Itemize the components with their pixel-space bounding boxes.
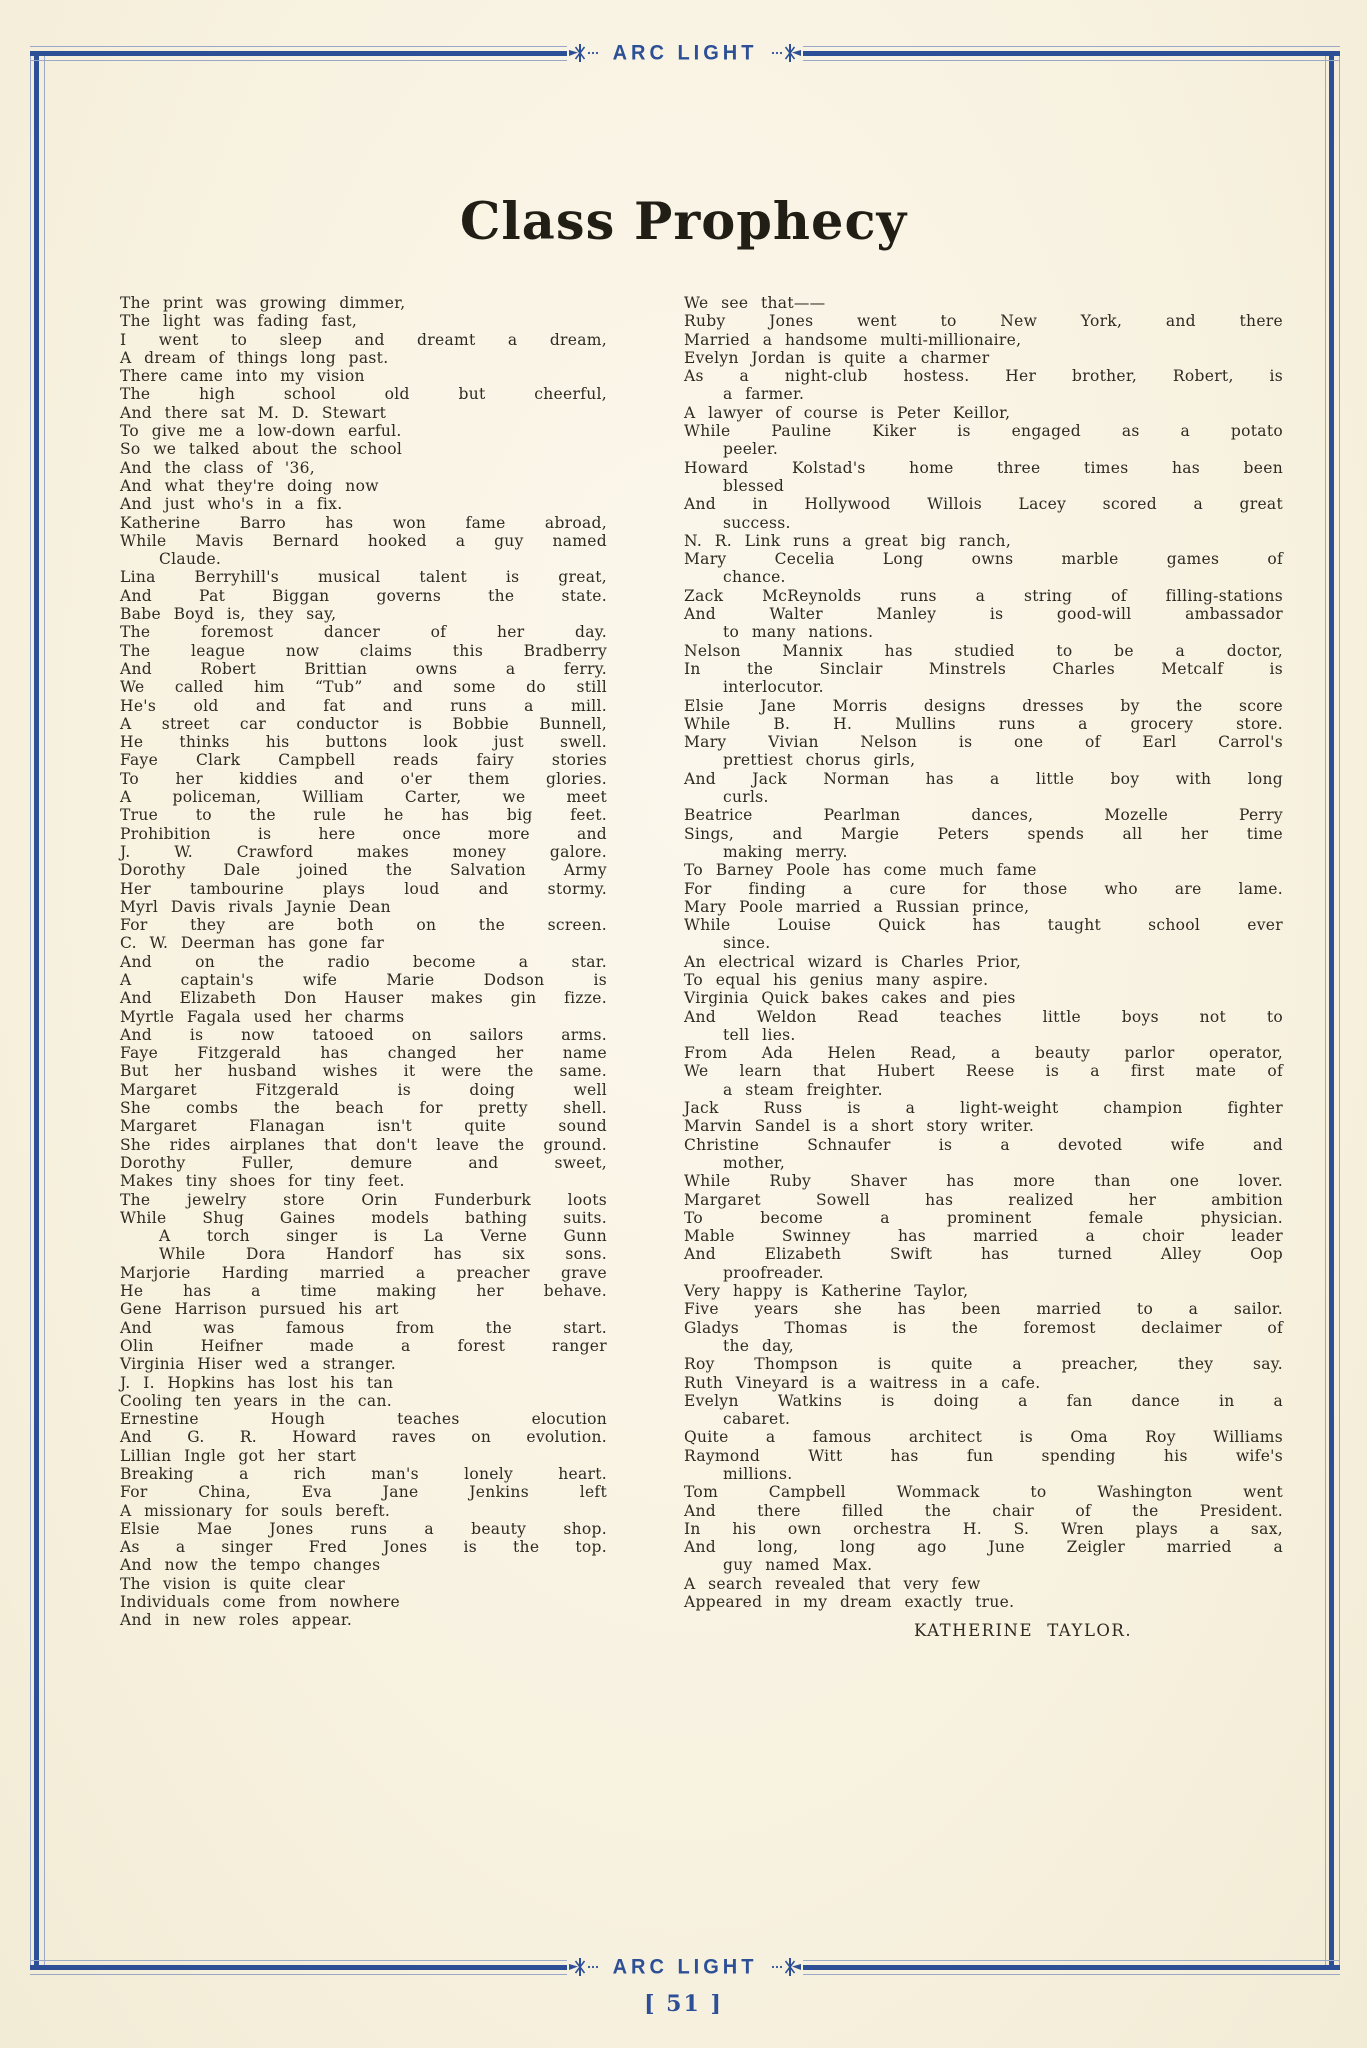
- poem-line: For China, Eva Jane Jenkins left: [120, 1483, 607, 1501]
- poem-line: Claude.: [120, 550, 607, 568]
- rule-ornament-icon: [771, 1956, 801, 1978]
- poem-line: a steam freighter.: [684, 1081, 1283, 1099]
- poem-line: A dream of things long past.: [120, 349, 607, 367]
- poem-body: The print was growing dimmer,The light w…: [120, 294, 1283, 1641]
- poem-line: As a night-club hostess. Her brother, Ro…: [684, 367, 1283, 385]
- poem-line: A street car conductor is Bobbie Bunnell…: [120, 715, 607, 733]
- poem-line: She combs the beach for pretty shell.: [120, 1099, 607, 1117]
- poem-line: Zack McReynolds runs a string of filling…: [684, 587, 1283, 605]
- yearbook-page: { "masthead": { "title": "ARC LIGHT" }, …: [0, 0, 1367, 2048]
- poem-line: To equal his genius many aspire.: [684, 971, 1283, 989]
- masthead-rule-left: [30, 46, 567, 61]
- poem-line: Margaret Sowell has realized her ambitio…: [684, 1191, 1283, 1209]
- poem-line: And G. R. Howard raves on evolution.: [120, 1428, 607, 1446]
- poem-line: Gladys Thomas is the foremost declaimer …: [684, 1319, 1283, 1337]
- poem-line: to many nations.: [684, 623, 1283, 641]
- poem-line: True to the rule he has big feet.: [120, 806, 607, 824]
- poem-line: We called him “Tub” and some do still: [120, 678, 607, 696]
- poem-line: Howard Kolstad's home three times has be…: [684, 459, 1283, 477]
- poem-line: interlocutor.: [684, 678, 1283, 696]
- poem-line: A captain's wife Marie Dodson is: [120, 971, 607, 989]
- poem-line: success.: [684, 514, 1283, 532]
- poem-line: making merry.: [684, 843, 1283, 861]
- poem-line: The light was fading fast,: [120, 312, 607, 330]
- poem-line: Quite a famous architect is Oma Roy Will…: [684, 1428, 1283, 1446]
- poem-line: Mary Poole married a Russian prince,: [684, 898, 1283, 916]
- poem-line: To become a prominent female physician.: [684, 1209, 1283, 1227]
- poem-line: In the Sinclair Minstrels Charles Metcal…: [684, 660, 1283, 678]
- poem-line: since.: [684, 934, 1283, 952]
- poem-line: chance.: [684, 568, 1283, 586]
- poem-line: Her tambourine plays loud and stormy.: [120, 880, 607, 898]
- poem-line: And Elizabeth Don Hauser makes gin fizze…: [120, 989, 607, 1007]
- poem-line: There came into my vision: [120, 367, 607, 385]
- poem-line: To give me a low-down earful.: [120, 422, 607, 440]
- poem-line: The high school old but cheerful,: [120, 385, 607, 403]
- poem-line: Virginia Quick bakes cakes and pies: [684, 989, 1283, 1007]
- poem-line: Sings, and Margie Peters spends all her …: [684, 825, 1283, 843]
- poem-line: Evelyn Watkins is doing a fan dance in a: [684, 1392, 1283, 1410]
- poem-line: Roy Thompson is quite a preacher, they s…: [684, 1355, 1283, 1373]
- poem-line: Ruby Jones went to New York, and there: [684, 312, 1283, 330]
- poem-line: And the class of '36,: [120, 459, 607, 477]
- poem-line: And Jack Norman has a little boy with lo…: [684, 770, 1283, 788]
- poem-line: Very happy is Katherine Taylor,: [684, 1282, 1283, 1300]
- poem-line: J. W. Crawford makes money galore.: [120, 843, 607, 861]
- poem-line: Mary Vivian Nelson is one of Earl Carrol…: [684, 733, 1283, 751]
- poem-line: So we talked about the school: [120, 440, 607, 458]
- poem-line: A missionary for souls bereft.: [120, 1502, 607, 1520]
- poem-line: From Ada Helen Read, a beauty parlor ope…: [684, 1044, 1283, 1062]
- poem-line: And just who's in a fix.: [120, 495, 607, 513]
- poem-lines-right: We see that——Ruby Jones went to New York…: [684, 294, 1283, 1611]
- poem-line: Breaking a rich man's lonely heart.: [120, 1465, 607, 1483]
- poem-line: Olin Heifner made a forest ranger: [120, 1337, 607, 1355]
- poem-line: The foremost dancer of her day.: [120, 623, 607, 641]
- poem-line: As a singer Fred Jones is the top.: [120, 1538, 607, 1556]
- poem-line: While Ruby Shaver has more than one love…: [684, 1172, 1283, 1190]
- poem-line: A torch singer is La Verne Gunn: [120, 1227, 607, 1245]
- poem-line: Margaret Fitzgerald is doing well: [120, 1081, 607, 1099]
- poem-line: Raymond Witt has fun spending his wife's: [684, 1447, 1283, 1465]
- poem-line: Jack Russ is a light-weight champion fig…: [684, 1099, 1283, 1117]
- poem-line: Margaret Flanagan isn't quite sound: [120, 1117, 607, 1135]
- poem-line: Ernestine Hough teaches elocution: [120, 1410, 607, 1428]
- page-title: Class Prophecy: [0, 192, 1367, 252]
- poem-line: a farmer.: [684, 385, 1283, 403]
- poem-line: He has a time making her behave.: [120, 1282, 607, 1300]
- poem-lines-left: The print was growing dimmer,The light w…: [120, 294, 607, 1630]
- poem-line: While Shug Gaines models bathing suits.: [120, 1209, 607, 1227]
- poem-line: While Mavis Bernard hooked a guy named: [120, 532, 607, 550]
- poem-line: We see that——: [684, 294, 1283, 312]
- poem-line: Myrl Davis rivals Jaynie Dean: [120, 898, 607, 916]
- poem-line: He's old and fat and runs a mill.: [120, 697, 607, 715]
- poem-line: Dorothy Fuller, demure and sweet,: [120, 1154, 607, 1172]
- poem-line: Virginia Hiser wed a stranger.: [120, 1355, 607, 1373]
- poem-line: And on the radio become a star.: [120, 953, 607, 971]
- poem-line: And Elizabeth Swift has turned Alley Oop: [684, 1245, 1283, 1263]
- poem-line: Mable Swinney has married a choir leader: [684, 1227, 1283, 1245]
- masthead-title: ARC LIGHT: [601, 1955, 770, 1980]
- poem-line: And was famous from the start.: [120, 1319, 607, 1337]
- poem-line: A lawyer of course is Peter Keillor,: [684, 404, 1283, 422]
- page-number: [ 51 ]: [0, 1991, 1367, 2017]
- masthead-rule-right: [803, 1960, 1340, 1975]
- poem-line: peeler.: [684, 440, 1283, 458]
- poem-line: Elsie Jane Morris designs dresses by the…: [684, 697, 1283, 715]
- poem-line: Lina Berryhill's musical talent is great…: [120, 568, 607, 586]
- poem-line: Appeared in my dream exactly true.: [684, 1593, 1283, 1611]
- frame-border-left: [30, 52, 45, 1968]
- poem-line: While Pauline Kiker is engaged as a pota…: [684, 422, 1283, 440]
- poem-line: While Dora Handorf has six sons.: [120, 1245, 607, 1263]
- poem-line: Faye Clark Campbell reads fairy stories: [120, 751, 607, 769]
- poem-line: tell lies.: [684, 1026, 1283, 1044]
- poem-line: Five years she has been married to a sai…: [684, 1300, 1283, 1318]
- poem-line: mother,: [684, 1154, 1283, 1172]
- poem-line: The vision is quite clear: [120, 1575, 607, 1593]
- frame-border-right: [1325, 52, 1340, 1968]
- poem-line: Mary Cecelia Long owns marble games of: [684, 550, 1283, 568]
- masthead-bottom: ARC LIGHT: [30, 1953, 1340, 1981]
- poem-column-left: The print was growing dimmer,The light w…: [120, 294, 607, 1641]
- poem-line: Lillian Ingle got her start: [120, 1447, 607, 1465]
- poem-line: Faye Fitzgerald has changed her name: [120, 1044, 607, 1062]
- poem-line: guy named Max.: [684, 1556, 1283, 1574]
- poem-line: Marvin Sandel is a short story writer.: [684, 1117, 1283, 1135]
- poem-line: An electrical wizard is Charles Prior,: [684, 953, 1283, 971]
- poem-line: And long, long ago June Zeigler married …: [684, 1538, 1283, 1556]
- poem-line: millions.: [684, 1465, 1283, 1483]
- poem-line: A policeman, William Carter, we meet: [120, 788, 607, 806]
- masthead-title: ARC LIGHT: [601, 41, 770, 66]
- poem-line: The league now claims this Bradberry: [120, 642, 607, 660]
- poem-line: Katherine Barro has won fame abroad,: [120, 514, 607, 532]
- poem-line: To her kiddies and o'er them glories.: [120, 770, 607, 788]
- poem-line: proofreader.: [684, 1264, 1283, 1282]
- author-signature: KATHERINE TAYLOR.: [684, 1622, 1283, 1640]
- poem-line: curls.: [684, 788, 1283, 806]
- poem-line: For finding a cure for those who are lam…: [684, 880, 1283, 898]
- poem-line: A search revealed that very few: [684, 1575, 1283, 1593]
- poem-line: And there filled the chair of the Presid…: [684, 1502, 1283, 1520]
- poem-line: And Weldon Read teaches little boys not …: [684, 1008, 1283, 1026]
- masthead-rule-right: [803, 46, 1340, 61]
- poem-line: Individuals come from nowhere: [120, 1593, 607, 1611]
- poem-line: While Louise Quick has taught school eve…: [684, 916, 1283, 934]
- poem-line: And now the tempo changes: [120, 1556, 607, 1574]
- poem-line: Dorothy Dale joined the Salvation Army: [120, 861, 607, 879]
- poem-line: Christine Schnaufer is a devoted wife an…: [684, 1136, 1283, 1154]
- rule-ornament-icon: [771, 42, 801, 64]
- poem-line: Ruth Vineyard is a waitress in a cafe.: [684, 1374, 1283, 1392]
- poem-line: Babe Boyd is, they say,: [120, 605, 607, 623]
- poem-line: And is now tatooed on sailors arms.: [120, 1026, 607, 1044]
- rule-ornament-icon: [569, 1956, 599, 1978]
- poem-line: cabaret.: [684, 1410, 1283, 1428]
- poem-line: But her husband wishes it were the same.: [120, 1062, 607, 1080]
- poem-line: Married a handsome multi-millionaire,: [684, 331, 1283, 349]
- poem-column-right: We see that——Ruby Jones went to New York…: [684, 294, 1283, 1641]
- poem-line: prettiest chorus girls,: [684, 751, 1283, 769]
- poem-line: Evelyn Jordan is quite a charmer: [684, 349, 1283, 367]
- poem-line: N. R. Link runs a great big ranch,: [684, 532, 1283, 550]
- poem-line: And in Hollywood Willois Lacey scored a …: [684, 495, 1283, 513]
- poem-line: And there sat M. D. Stewart: [120, 404, 607, 422]
- poem-line: I went to sleep and dreamt a dream,: [120, 331, 607, 349]
- masthead-top: ARC LIGHT: [30, 39, 1340, 67]
- poem-line: And Walter Manley is good-will ambassado…: [684, 605, 1283, 623]
- poem-line: Beatrice Pearlman dances, Mozelle Perry: [684, 806, 1283, 824]
- poem-line: J. I. Hopkins has lost his tan: [120, 1374, 607, 1392]
- poem-line: Prohibition is here once more and: [120, 825, 607, 843]
- poem-line: He thinks his buttons look just swell.: [120, 733, 607, 751]
- poem-line: the day,: [684, 1337, 1283, 1355]
- poem-line: Nelson Mannix has studied to be a doctor…: [684, 642, 1283, 660]
- poem-line: And Pat Biggan governs the state.: [120, 587, 607, 605]
- poem-line: To Barney Poole has come much fame: [684, 861, 1283, 879]
- poem-line: And Robert Brittian owns a ferry.: [120, 660, 607, 678]
- poem-line: For they are both on the screen.: [120, 916, 607, 934]
- poem-line: Makes tiny shoes for tiny feet.: [120, 1172, 607, 1190]
- poem-line: The print was growing dimmer,: [120, 294, 607, 312]
- poem-line: Gene Harrison pursued his art: [120, 1300, 607, 1318]
- poem-line: She rides airplanes that don't leave the…: [120, 1136, 607, 1154]
- poem-line: The jewelry store Orin Funderburk loots: [120, 1191, 607, 1209]
- poem-line: We learn that Hubert Reese is a first ma…: [684, 1062, 1283, 1080]
- poem-line: Myrtle Fagala used her charms: [120, 1008, 607, 1026]
- poem-line: Cooling ten years in the can.: [120, 1392, 607, 1410]
- poem-line: blessed: [684, 477, 1283, 495]
- poem-line: In his own orchestra H. S. Wren plays a …: [684, 1520, 1283, 1538]
- poem-line: C. W. Deerman has gone far: [120, 934, 607, 952]
- poem-line: Elsie Mae Jones runs a beauty shop.: [120, 1520, 607, 1538]
- poem-line: Tom Campbell Wommack to Washington went: [684, 1483, 1283, 1501]
- poem-line: Marjorie Harding married a preacher grav…: [120, 1264, 607, 1282]
- masthead-rule-left: [30, 1960, 567, 1975]
- poem-line: While B. H. Mullins runs a grocery store…: [684, 715, 1283, 733]
- rule-ornament-icon: [569, 42, 599, 64]
- poem-line: And what they're doing now: [120, 477, 607, 495]
- poem-line: And in new roles appear.: [120, 1611, 607, 1629]
